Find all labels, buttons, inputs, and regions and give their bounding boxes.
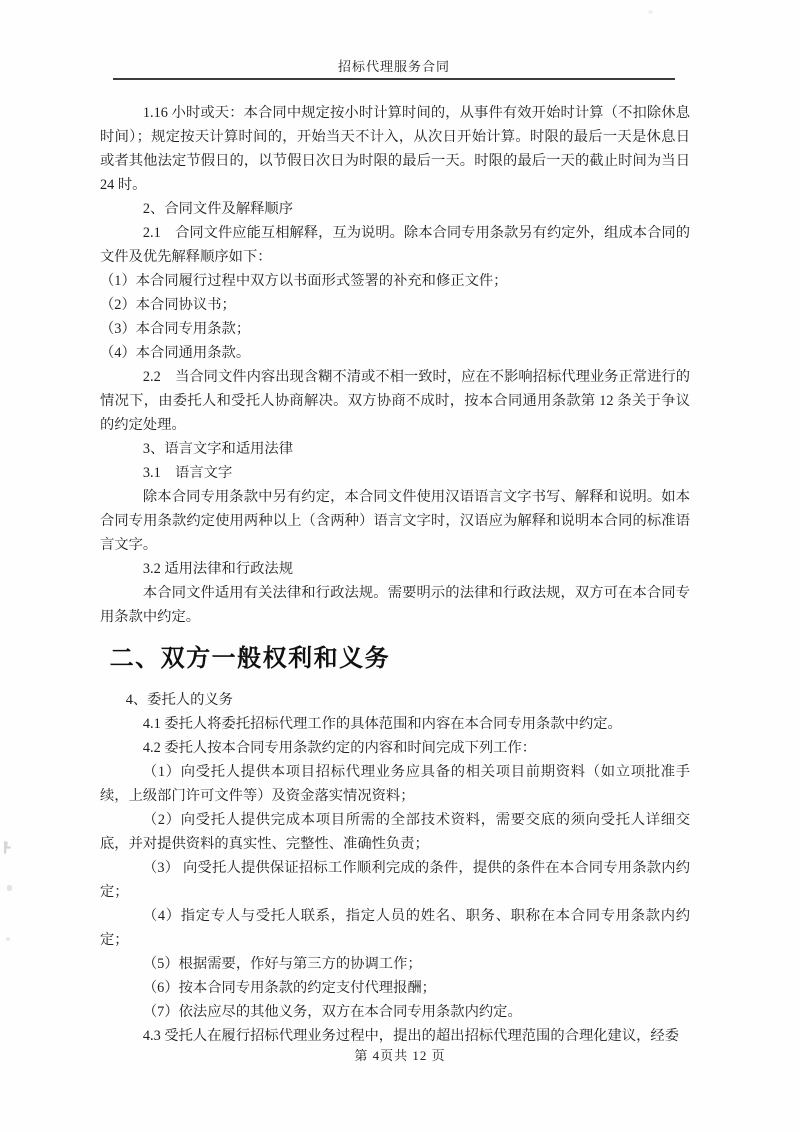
duty-item-1: （1）向受托人提供本项目招标代理业务应具备的相关项目前期资料（如立项批准手续，上…: [100, 760, 690, 808]
clause-2-title: 2、合同文件及解释顺序: [100, 197, 690, 221]
clause-2-1: 2.1 合同文件应能互相解释，互为说明。除本合同专用条款另有约定外，组成本合同的…: [100, 221, 690, 269]
duty-item-6: （6）按本合同专用条款的约定支付代理报酬；: [100, 976, 690, 1000]
duty-item-4: （4）指定专人与受托人联系，指定人员的姓名、职务、职称在本合同专用条款内约定；: [100, 904, 690, 952]
clause-4-title: 4、委托人的义务: [100, 688, 690, 712]
page-number: 第 4页共 12 页: [0, 1045, 800, 1064]
clause-3-2: 3.2 适用法律和行政法规: [100, 557, 690, 581]
scan-artifact: [4, 841, 11, 854]
list-item-doc-1: （1）本合同履行过程中双方以书面形式签署的补充和修正文件；: [100, 269, 690, 293]
section-heading-part2: 二、双方一般权利和义务: [100, 642, 690, 676]
document-title: 招标代理服务合同: [113, 56, 675, 75]
scan-artifact: [6, 937, 10, 941]
clause-3-title: 3、语言文字和适用法律: [100, 437, 690, 461]
scan-artifact: [7, 885, 12, 891]
duty-item-5: （5）根据需要，作好与第三方的协调工作；: [100, 952, 690, 976]
scan-artifact: [648, 10, 653, 14]
list-item-doc-2: （2）本合同协议书；: [100, 293, 690, 317]
clause-3-1-body: 除本合同专用条款中另有约定，本合同文件使用汉语语言文字书写、解释和说明。如本合同…: [100, 485, 690, 557]
clause-4-1: 4.1 委托人将委托招标代理工作的具体范围和内容在本合同专用条款中约定。: [100, 712, 690, 736]
list-item-doc-3: （3）本合同专用条款；: [100, 317, 690, 341]
list-item-doc-4: （4）本合同通用条款。: [100, 341, 690, 365]
duty-item-2: （2）向受托人提供完成本项目所需的全部技术资料，需要交底的须向受托人详细交底，并…: [100, 808, 690, 856]
clause-2-2: 2.2 当合同文件内容出现含糊不清或不相一致时，应在不影响招标代理业务正常进行的…: [100, 365, 690, 437]
duty-item-3: （3） 向受托人提供保证招标工作顺利完成的条件，提供的条件在本合同专用条款内约定…: [100, 856, 690, 904]
document-body: 1.16 小时或天：本合同中规定按小时计算时间的，从事件有效开始时计算（不扣除休…: [100, 101, 690, 1048]
duty-item-7: （7）依法应尽的其他义务，双方在本合同专用条款内约定。: [100, 1000, 690, 1024]
clause-1-16: 1.16 小时或天：本合同中规定按小时计算时间的，从事件有效开始时计算（不扣除休…: [100, 101, 690, 197]
clause-3-1: 3.1 语言文字: [100, 461, 690, 485]
scanned-contract-page: 招标代理服务合同 1.16 小时或天：本合同中规定按小时计算时间的，从事件有效开…: [0, 0, 800, 1132]
clause-4-2: 4.2 委托人按本合同专用条款约定的内容和时间完成下列工作：: [100, 736, 690, 760]
clause-3-2-body: 本合同文件适用有关法律和行政法规。需要明示的法律和行政法规，双方可在本合同专用条…: [100, 581, 690, 629]
page-header: 招标代理服务合同: [113, 56, 675, 80]
